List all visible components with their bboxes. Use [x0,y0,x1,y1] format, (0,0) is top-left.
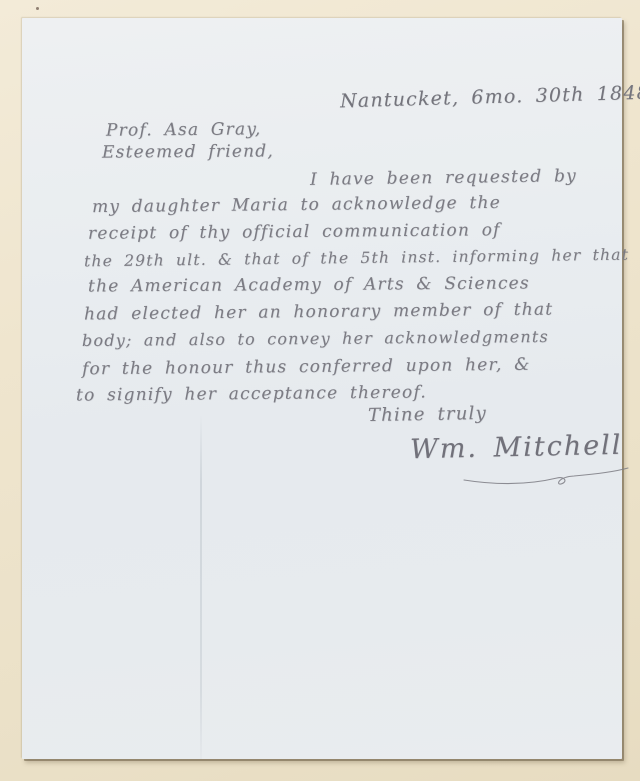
letter-sheet: Nantucket, 6mo. 30th 1848 Prof. Asa Gray… [22,18,622,759]
letter-body-line: had elected her an honorary member of th… [84,300,553,325]
letter-body-line: receipt of thy official communication of [88,220,501,244]
letter-salutation: Esteemed friend, [102,141,274,162]
letter-body-line: my daughter Maria to acknowledge the [92,193,501,217]
scanned-letter-photo: Nantucket, 6mo. 30th 1848 Prof. Asa Gray… [0,0,640,781]
letter-body-line: the 29th ult. & that of the 5th inst. in… [84,246,629,271]
fold-crease [200,413,202,759]
letter-body-line: I have been requested by [310,166,577,190]
letter-signature: Wm. Mitchell [410,430,623,465]
letter-body-line: body; and also to convey her acknowledgm… [82,327,549,350]
letter-closing: Thine truly [368,403,487,426]
paper-speck [36,7,39,10]
letter-body-line: for the honour thus conferred upon her, … [82,355,531,380]
signature-flourish [462,466,632,490]
letter-recipient: Prof. Asa Gray, [106,119,262,140]
letter-body-line: the American Academy of Arts & Sciences [88,273,530,296]
letter-date-line: Nantucket, 6mo. 30th 1848 [340,82,640,113]
letter-body-line: to signify her acceptance thereof. [76,382,427,405]
